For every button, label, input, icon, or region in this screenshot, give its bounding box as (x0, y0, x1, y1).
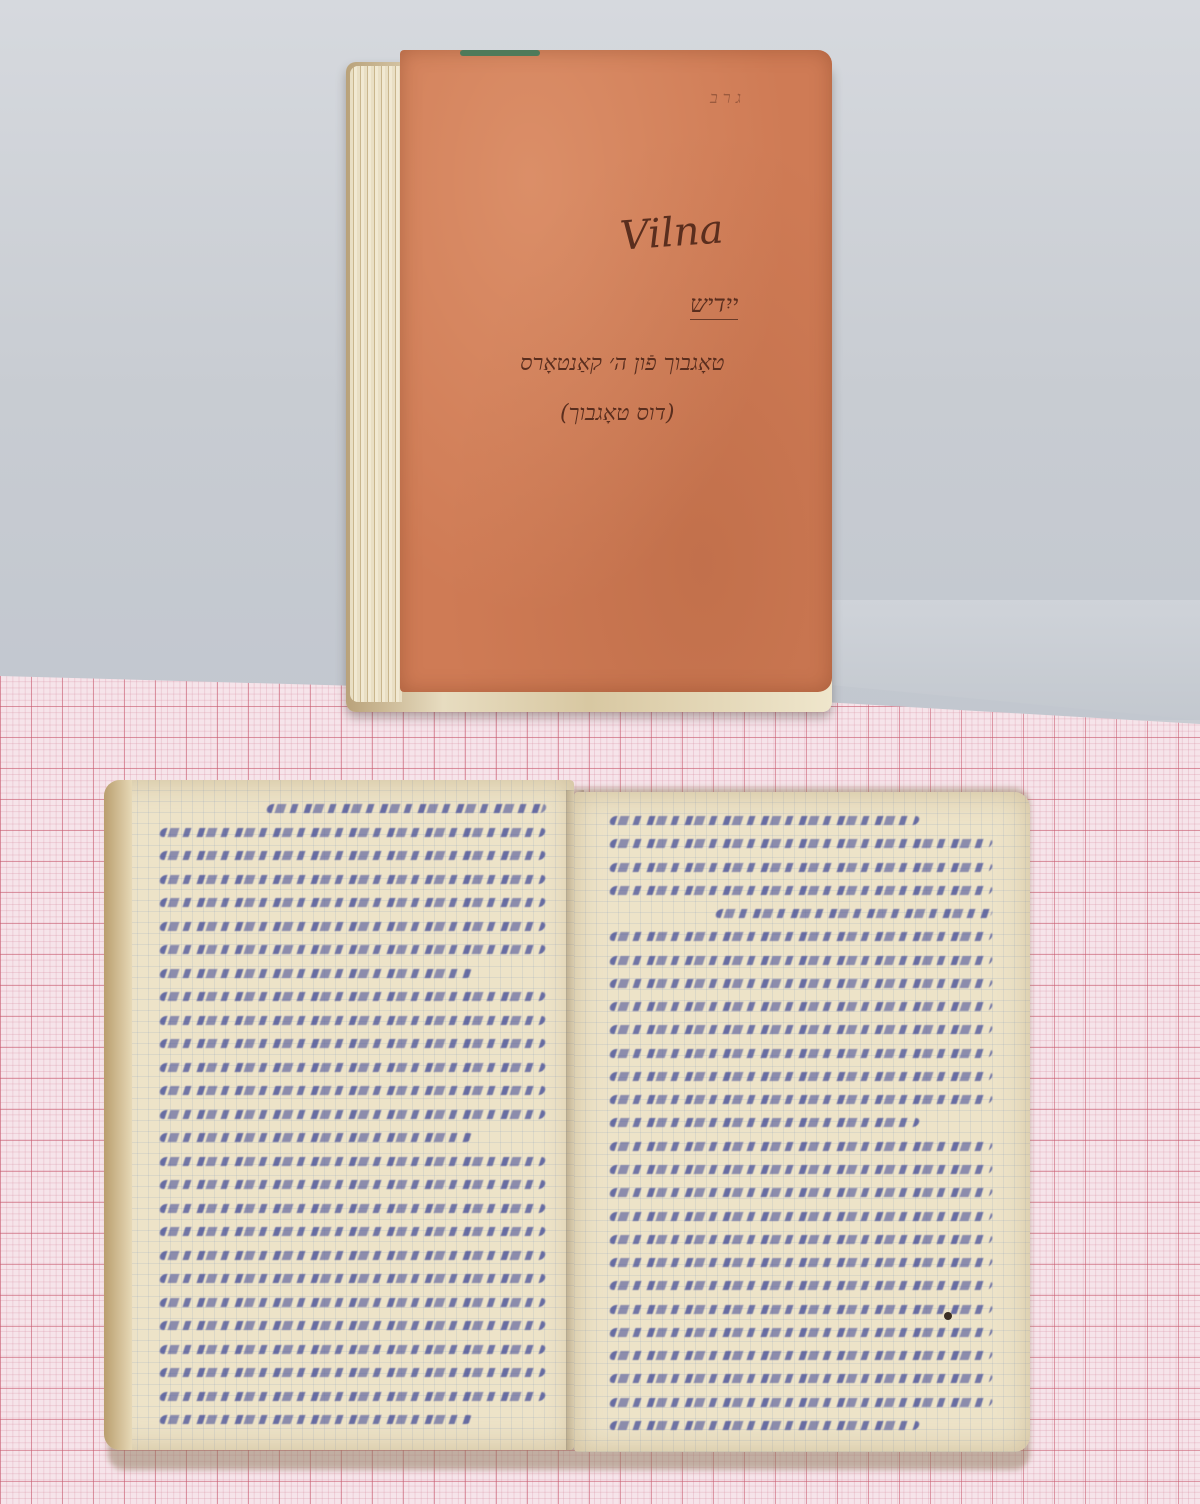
handwritten-line (594, 1227, 1000, 1250)
handwritten-line (144, 1266, 554, 1290)
handwritten-line (144, 984, 554, 1008)
handwritten-line (594, 971, 1000, 994)
handwritten-line (594, 1273, 1000, 1296)
handwritten-line (594, 1343, 1000, 1366)
handwritten-line (144, 1055, 554, 1079)
right-page-handwriting (594, 808, 1000, 1436)
handwritten-line (594, 808, 1000, 831)
handwritten-line (594, 948, 1000, 971)
handwritten-line (144, 890, 554, 914)
handwritten-line (144, 1337, 554, 1361)
handwritten-line (144, 961, 554, 985)
handwritten-line (144, 1407, 554, 1431)
cover-underlined-word: ייִדיש (690, 290, 738, 320)
handwritten-line (144, 796, 554, 820)
handwritten-line (594, 831, 1000, 854)
handwritten-line (594, 1041, 1000, 1064)
handwritten-line (144, 1313, 554, 1337)
handwritten-line (594, 1204, 1000, 1227)
closed-notebook: ג ר ב Vilna ייִדיש טאָגבוך פֿון ה׳ קאַנט… (346, 50, 836, 712)
handwritten-line (144, 1360, 554, 1384)
handwritten-line (594, 878, 1000, 901)
left-page: Handwritten Yiddish cursive in blue ink,… (104, 780, 574, 1450)
green-stain (460, 50, 540, 56)
handwritten-line (594, 1157, 1000, 1180)
handwritten-line (594, 901, 1000, 924)
handwritten-line (594, 855, 1000, 878)
handwritten-line (144, 1102, 554, 1126)
handwritten-line (594, 1017, 1000, 1040)
handwritten-line (144, 914, 554, 938)
handwritten-line (144, 843, 554, 867)
orange-cover: ג ר ב Vilna ייִדיש טאָגבוך פֿון ה׳ קאַנט… (400, 50, 832, 692)
handwritten-line (144, 1384, 554, 1408)
handwritten-line (144, 1078, 554, 1102)
handwritten-line (144, 1149, 554, 1173)
handwritten-line (594, 1134, 1000, 1157)
handwritten-line (594, 1110, 1000, 1133)
handwritten-line (144, 820, 554, 844)
handwritten-line (144, 1243, 554, 1267)
handwritten-line (144, 1290, 554, 1314)
page-puncture-mark (944, 1312, 952, 1320)
handwritten-line (594, 1180, 1000, 1203)
handwritten-line (594, 994, 1000, 1017)
handwritten-line (594, 1297, 1000, 1320)
cover-title: Vilna (619, 206, 725, 259)
handwritten-line (594, 1064, 1000, 1087)
open-notebook: Handwritten Yiddish cursive in blue ink,… (104, 780, 1034, 1470)
cover-inscription-line-1: טאָגבוך פֿון ה׳ קאַנטאָרס (520, 350, 724, 376)
page-edges (350, 66, 402, 702)
handwritten-line (144, 867, 554, 891)
handwritten-line (594, 1366, 1000, 1389)
handwritten-line (594, 1320, 1000, 1343)
handwritten-line (594, 1413, 1000, 1436)
cover-inscription-line-2: (דוס טאָגבוך) (560, 400, 674, 426)
left-page-description: Handwritten Yiddish cursive in blue ink,… (104, 780, 105, 781)
cover-top-mark: ג ר ב (710, 88, 741, 108)
handwritten-line (144, 1008, 554, 1032)
handwritten-line (594, 1390, 1000, 1413)
handwritten-line (144, 1172, 554, 1196)
handwritten-line (144, 1219, 554, 1243)
right-page: Handwritten Yiddish cursive in blue ink,… (574, 792, 1030, 1452)
handwritten-line (594, 1250, 1000, 1273)
handwritten-line (144, 1125, 554, 1149)
handwritten-line (594, 924, 1000, 947)
handwritten-line (144, 1031, 554, 1055)
handwritten-line (144, 937, 554, 961)
handwritten-line (594, 1087, 1000, 1110)
left-page-handwriting (144, 796, 554, 1434)
handwritten-line (144, 1196, 554, 1220)
